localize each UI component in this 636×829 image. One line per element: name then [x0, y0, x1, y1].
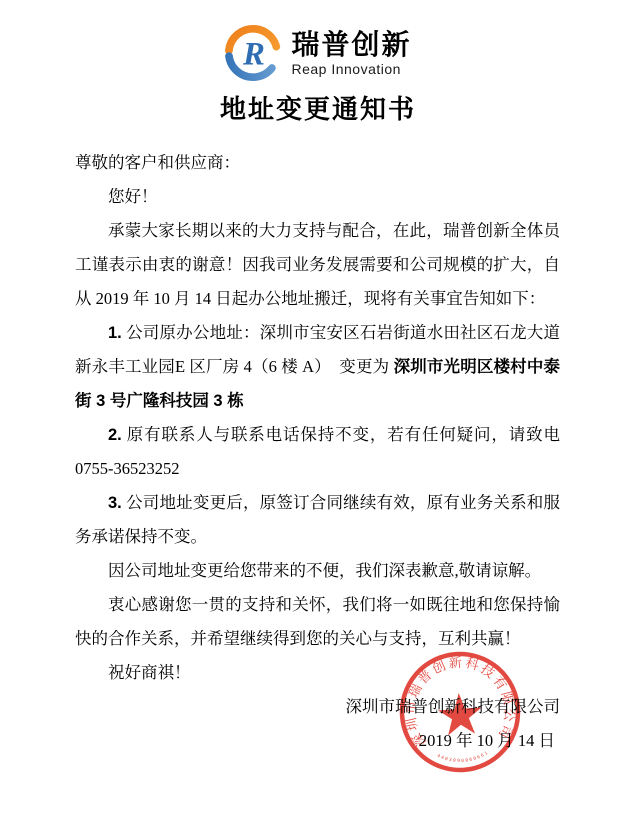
notice-page: R 瑞普创新 Reap Innovation 地址变更通知书 尊敬的客户和供应商… — [0, 0, 636, 829]
brand-name-en: Reap Innovation — [291, 61, 411, 77]
apology-paragraph: 因公司地址变更给您带来的不便，我们深表歉意,敬请谅解。 — [75, 554, 560, 588]
document-body: 尊敬的客户和供应商： 您好！ 承蒙大家长期以来的大力支持与配合，在此，瑞普创新全… — [75, 146, 560, 690]
brand-name-cn: 瑞普创新 — [291, 30, 411, 60]
closing-wish: 祝好商祺！ — [75, 656, 560, 690]
letterhead: R 瑞普创新 Reap Innovation — [0, 0, 636, 82]
item-2-number: 2. — [108, 426, 122, 444]
item-3-contracts: 3. 公司地址变更后，原签订合同继续有效，原有业务关系和服务承诺保持不变。 — [75, 486, 560, 554]
item-3-number: 3. — [108, 494, 122, 512]
item-3-text: 公司地址变更后，原签订合同继续有效，原有业务关系和服务承诺保持不变。 — [75, 493, 560, 546]
thanks-paragraph: 衷心感谢您一贯的支持和关怀，我们将一如既往地和您保持愉快的合作关系，并希望继续得… — [75, 588, 560, 656]
greeting: 您好！ — [75, 180, 560, 214]
item-2-contact: 2. 原有联系人与联系电话保持不变，若有任何疑问，请致电 0755-365232… — [75, 418, 560, 486]
signature-company: 深圳市瑞普创新科技有限公司 — [75, 690, 560, 724]
reap-logo-icon: R — [224, 24, 282, 82]
item-2-text: 原有联系人与联系电话保持不变，若有任何疑问，请致电 0755-36523252 — [75, 425, 560, 478]
document-title: 地址变更通知书 — [0, 92, 636, 128]
brand-block: 瑞普创新 Reap Innovation — [291, 30, 411, 77]
svg-text:R: R — [242, 37, 265, 73]
intro-paragraph: 承蒙大家长期以来的大力支持与配合，在此，瑞普创新全体员工谨表示由衷的谢意！因我司… — [75, 214, 560, 316]
item-1-number: 1. — [108, 324, 122, 342]
item-1-old-address: 1. 公司原办公地址：深圳市宝安区石岩街道水田社区石龙大道新永丰工业园E 区厂房… — [75, 316, 560, 418]
salutation: 尊敬的客户和供应商： — [75, 146, 560, 180]
signature-block: 深圳市瑞普创新科技有限公司 2019 年 10 月 14 日 — [75, 690, 560, 758]
signature-date: 2019 年 10 月 14 日 — [75, 724, 560, 758]
